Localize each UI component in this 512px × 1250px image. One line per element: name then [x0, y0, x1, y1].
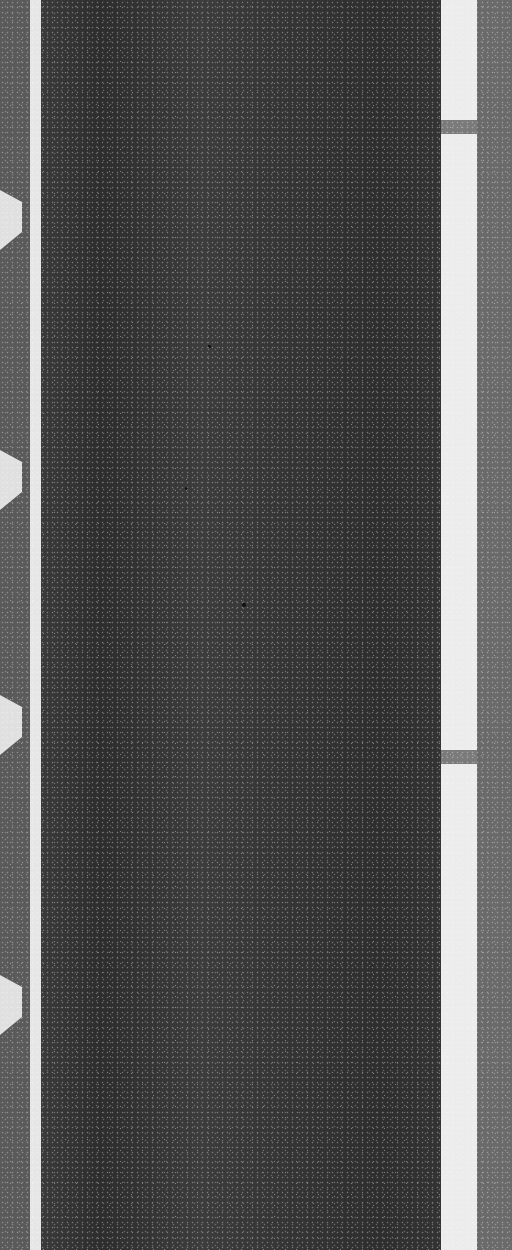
road-scene	[0, 0, 512, 1250]
asphalt-texture	[0, 0, 512, 1250]
